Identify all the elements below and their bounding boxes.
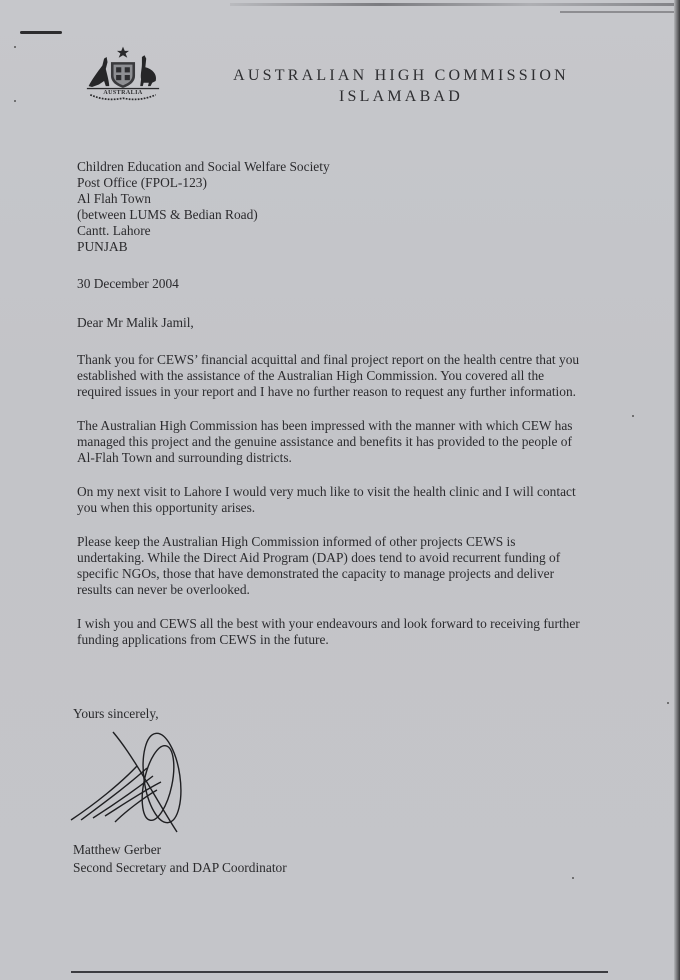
body-paragraph: The Australian High Commission has been … bbox=[77, 418, 647, 466]
footer-rule bbox=[71, 971, 608, 973]
signer-title: Second Secretary and DAP Coordinator bbox=[73, 859, 287, 877]
paragraph-line: undertaking. While the Direct Aid Progra… bbox=[77, 550, 647, 566]
australian-coat-of-arms-icon: AUSTRALIA bbox=[80, 44, 166, 106]
paragraph-line: results can never be overlooked. bbox=[77, 582, 647, 598]
address-line: (between LUMS & Bedian Road) bbox=[77, 207, 647, 223]
address-line: Cantt. Lahore bbox=[77, 223, 647, 239]
signer-name: Matthew Gerber bbox=[73, 841, 287, 859]
salutation: Dear Mr Malik Jamil, bbox=[77, 315, 647, 331]
letter-page: AUSTRALIA AUSTRALIAN HIGH COMMISSION ISL… bbox=[0, 0, 680, 980]
scan-artifact bbox=[560, 11, 680, 13]
organisation-name: AUSTRALIAN HIGH COMMISSION bbox=[180, 65, 622, 86]
body-paragraph: Thank you for CEWS’ financial acquittal … bbox=[77, 352, 647, 400]
address-line: Post Office (FPOL-123) bbox=[77, 175, 647, 191]
paragraph-line: Al-Flah Town and surrounding districts. bbox=[77, 450, 647, 466]
paragraph-line: I wish you and CEWS all the best with yo… bbox=[77, 616, 647, 632]
speck bbox=[572, 877, 574, 879]
paragraphs: Thank you for CEWS’ financial acquittal … bbox=[77, 352, 647, 648]
speck bbox=[14, 100, 16, 102]
organisation-city: ISLAMABAD bbox=[180, 86, 622, 107]
svg-text:AUSTRALIA: AUSTRALIA bbox=[103, 90, 143, 96]
letter-body: Children Education and Social Welfare So… bbox=[77, 159, 647, 648]
speck bbox=[14, 46, 16, 48]
address-line: Al Flah Town bbox=[77, 191, 647, 207]
body-paragraph: I wish you and CEWS all the best with yo… bbox=[77, 616, 647, 648]
signature bbox=[65, 728, 205, 838]
paragraph-line: established with the assistance of the A… bbox=[77, 368, 647, 384]
paragraph-line: required issues in your report and I hav… bbox=[77, 384, 647, 400]
scan-artifact bbox=[230, 3, 680, 6]
paragraph-line: you when this opportunity arises. bbox=[77, 500, 647, 516]
letter-date: 30 December 2004 bbox=[77, 276, 647, 292]
body-paragraph: Please keep the Australian High Commissi… bbox=[77, 534, 647, 598]
closing: Yours sincerely, bbox=[73, 706, 159, 722]
scan-edge-shadow bbox=[674, 0, 680, 980]
speck bbox=[667, 702, 669, 704]
paragraph-line: Please keep the Australian High Commissi… bbox=[77, 534, 647, 550]
paragraph-line: On my next visit to Lahore I would very … bbox=[77, 484, 647, 500]
body-paragraph: On my next visit to Lahore I would very … bbox=[77, 484, 647, 516]
address-line: PUNJAB bbox=[77, 239, 647, 255]
letterhead: AUSTRALIAN HIGH COMMISSION ISLAMABAD bbox=[180, 65, 622, 107]
paragraph-line: specific NGOs, those that have demonstra… bbox=[77, 566, 647, 582]
paragraph-line: funding applications from CEWS in the fu… bbox=[77, 632, 647, 648]
paragraph-line: managed this project and the genuine ass… bbox=[77, 434, 647, 450]
signer-block: Matthew Gerber Second Secretary and DAP … bbox=[73, 841, 287, 877]
recipient-address: Children Education and Social Welfare So… bbox=[77, 159, 647, 255]
pen-mark bbox=[20, 31, 62, 34]
address-line: Children Education and Social Welfare So… bbox=[77, 159, 647, 175]
paragraph-line: The Australian High Commission has been … bbox=[77, 418, 647, 434]
paragraph-line: Thank you for CEWS’ financial acquittal … bbox=[77, 352, 647, 368]
